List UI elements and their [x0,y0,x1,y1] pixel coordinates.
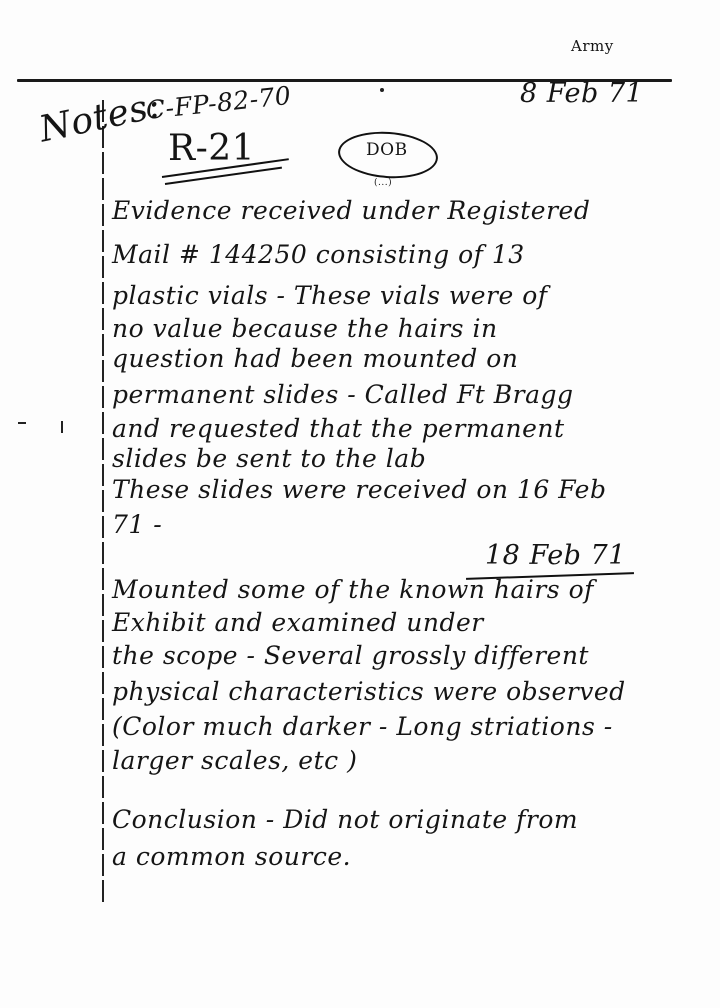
entry-line: Mail # 144250 consisting of 13 [112,240,525,269]
entry-line: Mounted some of the known hairs of [112,575,594,604]
entry-line: Exhibit and examined under [112,608,484,637]
entry-line: the scope - Several grossly different [112,641,589,670]
entry-line: question had been mounted on [112,344,518,373]
entry-date: 8 Feb 71 [520,78,643,109]
notes-label: Notes: [36,85,164,151]
document-page: Army 8 Feb 71 Notes: C-FP-82-70 R-21 DOB… [0,0,720,1008]
entry-line: Evidence received under Registered [112,196,590,225]
entry-line: larger scales, etc ) [112,746,357,775]
conclusion-line: Conclusion - Did not originate from [112,805,578,834]
entry-line: physical characteristics were observed [112,677,626,706]
scan-mark [18,422,26,424]
margin-rule [102,100,104,906]
entry-line: 71 - [112,510,162,539]
circled-tag: DOB [366,140,408,160]
entry-line: and requested that the permanent [112,414,565,443]
scan-mark [61,421,63,433]
entry-line: plastic vials - These vials were of [112,281,548,310]
entry-line: no value because the hairs in [112,314,498,343]
entry-line: These slides were received on 16 Feb [112,475,606,504]
case-number: C-FP-82-70 [144,81,292,125]
entry-line: permanent slides - Called Ft Bragg [112,380,573,409]
reference-number: R-21 [168,128,255,169]
scan-mark [380,88,384,92]
conclusion-line: a common source. [112,842,351,871]
entry-line: (Color much darker - Long striations - [112,712,613,741]
entry-line: slides be sent to the lab [112,444,426,473]
entry-date: 18 Feb 71 [485,540,626,571]
circled-tag-sub: (...) [374,178,392,188]
agency-label: Army [571,37,614,55]
